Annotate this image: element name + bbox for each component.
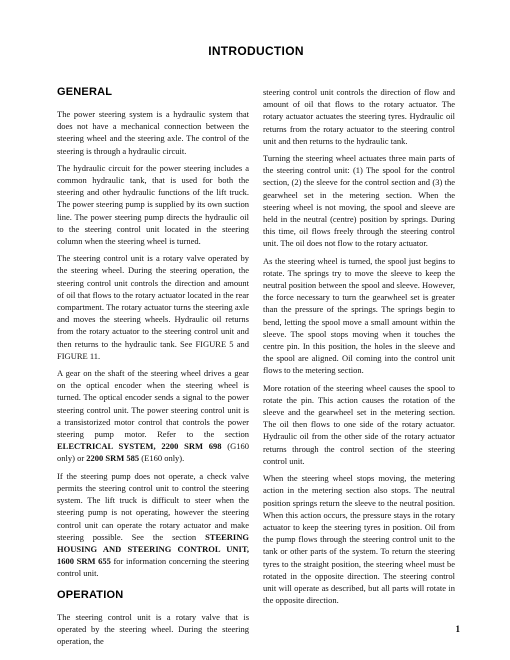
text-run: (E160 only). bbox=[139, 453, 184, 463]
text-run: Turning the steering wheel actuates thre… bbox=[263, 153, 455, 248]
section-heading: GENERAL bbox=[57, 86, 249, 98]
text-run: More rotation of the steering wheel caus… bbox=[263, 383, 455, 466]
text-run: A gear on the shaft of the steering whee… bbox=[57, 368, 249, 439]
paragraph: More rotation of the steering wheel caus… bbox=[263, 382, 455, 467]
text-run: The hydraulic circuit for the power stee… bbox=[57, 163, 249, 246]
page-title: INTRODUCTION bbox=[57, 44, 455, 58]
bold-text-run: 2200 SRM 585 bbox=[86, 453, 139, 463]
page-number: 1 bbox=[456, 624, 461, 634]
text-run: The steering control unit is a rotary va… bbox=[57, 253, 249, 361]
right-column: steering control unit controls the direc… bbox=[263, 86, 455, 652]
text-run: The power steering system is a hydraulic… bbox=[57, 109, 249, 156]
paragraph: The steering control unit is a rotary va… bbox=[57, 611, 249, 648]
bold-text-run: ELECTRICAL SYSTEM, 2200 SRM 698 bbox=[57, 441, 222, 451]
paragraph: If the steering pump does not operate, a… bbox=[57, 470, 249, 580]
text-run: The steering control unit is a rotary va… bbox=[57, 612, 249, 646]
section-heading: OPERATION bbox=[57, 589, 249, 601]
paragraph: The power steering system is a hydraulic… bbox=[57, 108, 249, 157]
text-run: When the steering wheel stops moving, th… bbox=[263, 473, 455, 605]
paragraph: Turning the steering wheel actuates thre… bbox=[263, 152, 455, 250]
text-run: steering control unit controls the direc… bbox=[263, 87, 455, 146]
document-page: INTRODUCTION GENERALThe power steering s… bbox=[0, 0, 510, 660]
two-column-layout: GENERALThe power steering system is a hy… bbox=[57, 86, 455, 652]
left-column: GENERALThe power steering system is a hy… bbox=[57, 86, 249, 652]
paragraph: A gear on the shaft of the steering whee… bbox=[57, 367, 249, 465]
paragraph: The hydraulic circuit for the power stee… bbox=[57, 162, 249, 247]
paragraph: As the steering wheel is turned, the spo… bbox=[263, 255, 455, 377]
paragraph: When the steering wheel stops moving, th… bbox=[263, 472, 455, 606]
text-run: As the steering wheel is turned, the spo… bbox=[263, 256, 455, 376]
paragraph: steering control unit controls the direc… bbox=[263, 86, 455, 147]
paragraph: The steering control unit is a rotary va… bbox=[57, 252, 249, 362]
